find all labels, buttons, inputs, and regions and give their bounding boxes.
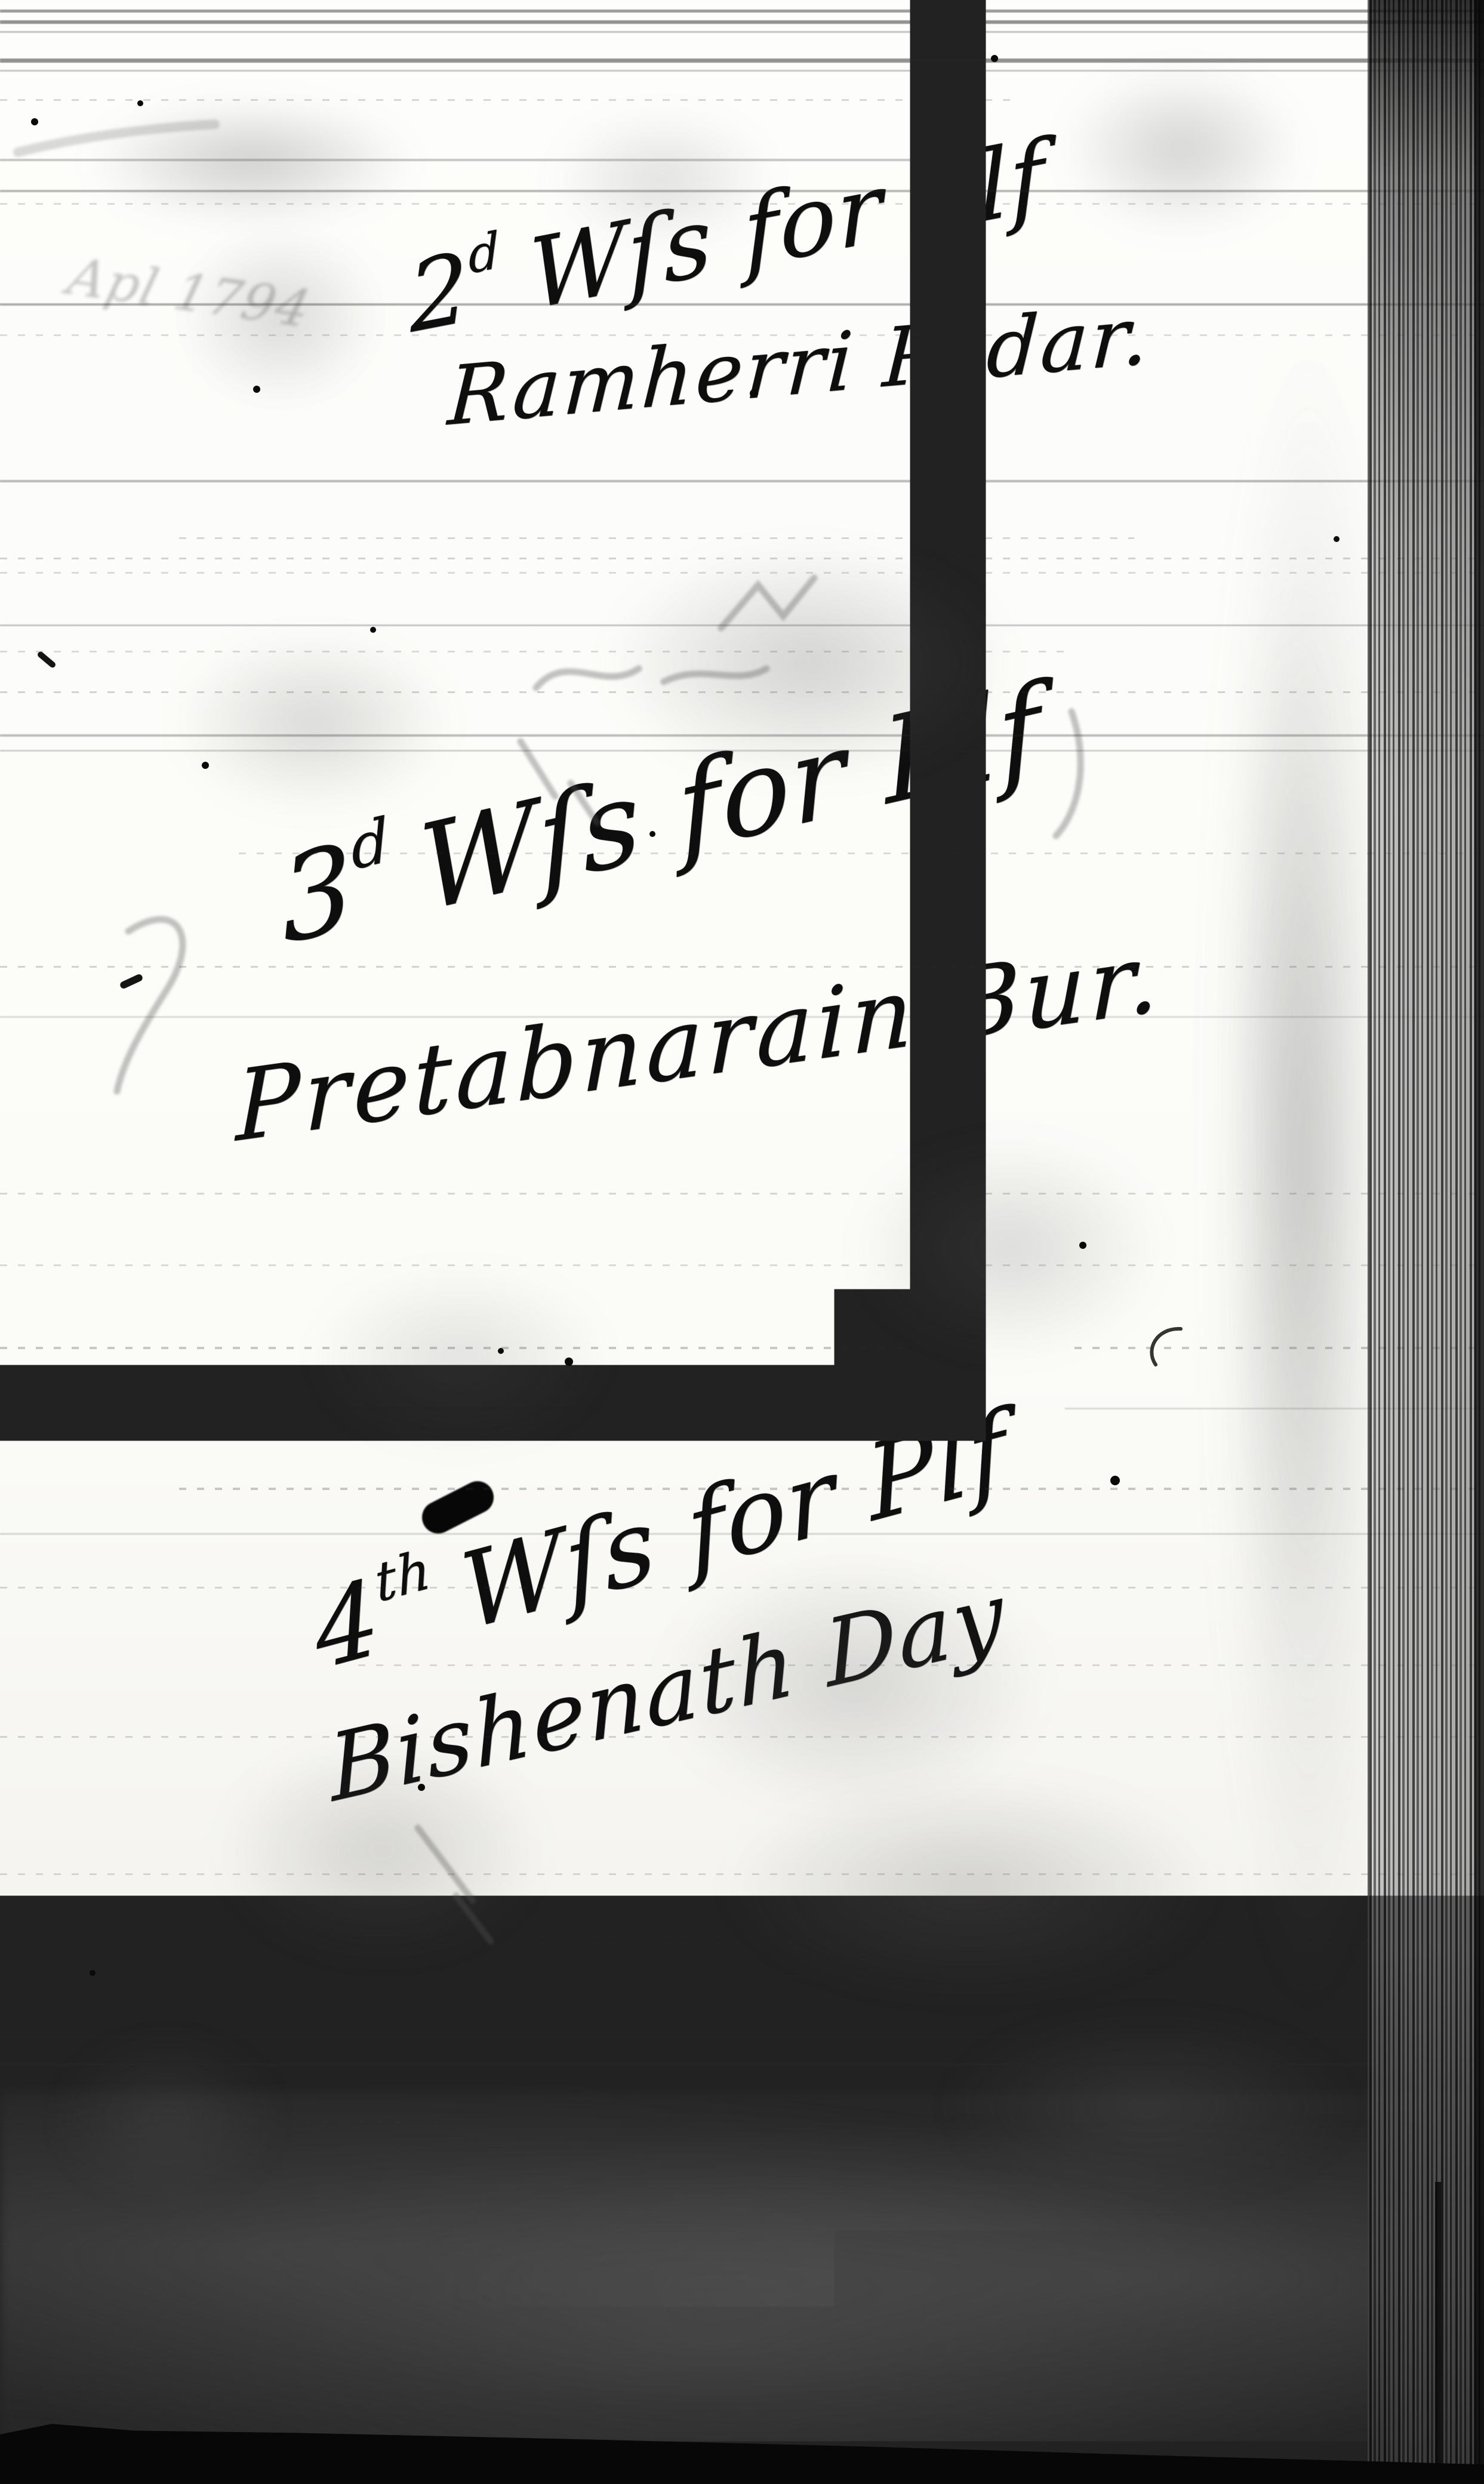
witness-1-ordinal: 2: [406, 230, 473, 355]
scan-streak-line: [0, 480, 1484, 482]
scan-streak-line: [0, 1587, 1484, 1589]
witness-entry-2-heading: 3dWſs for Plf: [275, 654, 1047, 971]
scan-streak-line: [0, 70, 1484, 72]
scan-streak-line: [0, 10, 1484, 13]
ink-speck: [370, 627, 376, 633]
scan-bottom-edge: [0, 2409, 1484, 2484]
scan-streak-line: [0, 2384, 1484, 2385]
book-binding-edge: [1368, 0, 1484, 2484]
ink-speck: [253, 386, 260, 393]
paper-smudge: [1212, 358, 1379, 1910]
scan-streak-line: [0, 651, 1074, 652]
witness-2-ordinal-suffix: d: [348, 804, 393, 884]
scan-streak-line: [537, 1942, 1484, 1944]
adjournment-line: Adjourned to Monday 21: [217, 1954, 1484, 2153]
scan-streak-line: [0, 59, 1484, 63]
witness-2-ordinal: 3: [275, 817, 361, 971]
ink-speck: [1110, 1476, 1120, 1485]
scan-streak-line: [0, 99, 1015, 101]
paper-smudge: [1015, 36, 1349, 263]
scan-streak-line: [179, 537, 1134, 539]
ink-speck: [90, 1970, 96, 1976]
witness-2-label: Wſs for Plf: [414, 658, 1047, 938]
scan-streak-line: [0, 1408, 1484, 1409]
scan-streak-line: [0, 691, 1484, 693]
paper-smudge: [794, 1092, 1224, 1403]
binding-crease-line: [1435, 2182, 1441, 2484]
stray-pen-hook: [1152, 1329, 1181, 1365]
scan-streak-line: [0, 1736, 1484, 1738]
witness-1-ordinal-suffix: d: [467, 221, 501, 285]
ink-speck: [31, 118, 38, 125]
witness-3-ordinal-suffix: th: [372, 1538, 435, 1615]
gutter-shadow: [1212, 298, 1373, 2030]
ink-speck: [1079, 1242, 1086, 1249]
scan-streak-line: [0, 1193, 1484, 1195]
ink-dash: [36, 651, 57, 669]
witness-1-label: Wſs for Plf: [527, 118, 1048, 331]
scan-streak-line: [0, 572, 1484, 574]
scan-streak-line: [0, 31, 1484, 33]
ink-speck: [1334, 536, 1340, 542]
scan-streak-line: [0, 2415, 1484, 2418]
scan-streak-line: [0, 624, 1484, 626]
scan-streak-line: [537, 2211, 1484, 2213]
paper-smudge: [24, 78, 478, 245]
witness-2-name: Pretabnarain Bur.: [236, 921, 1162, 1164]
manuscript-page: Apl 1794 2dWſs for Plf Ramherri Podar. 3…: [0, 0, 1484, 2484]
ink-speck: [320, 2339, 328, 2347]
ink-dash: [119, 973, 143, 990]
ink-speck: [565, 1358, 573, 1366]
scan-streak-line: [0, 2330, 1484, 2332]
ink-speck: [498, 1348, 504, 1354]
bleedthrough-text: Apl 1794: [62, 247, 317, 339]
scan-streak-line: [0, 558, 1484, 559]
scan-streak-line: [0, 1873, 1484, 1875]
scan-streak-line: [0, 20, 1484, 24]
paper-smudge: [251, 1230, 669, 1486]
scan-streak-line: [0, 1264, 1484, 1266]
scan-streak-line: [0, 966, 1484, 968]
ink-speck: [137, 100, 143, 106]
scan-streak-line: [0, 1347, 1484, 1349]
adjournment-day-name: Monday: [973, 1972, 1343, 2101]
ink-speck: [991, 55, 998, 62]
ink-speck: [202, 762, 209, 769]
